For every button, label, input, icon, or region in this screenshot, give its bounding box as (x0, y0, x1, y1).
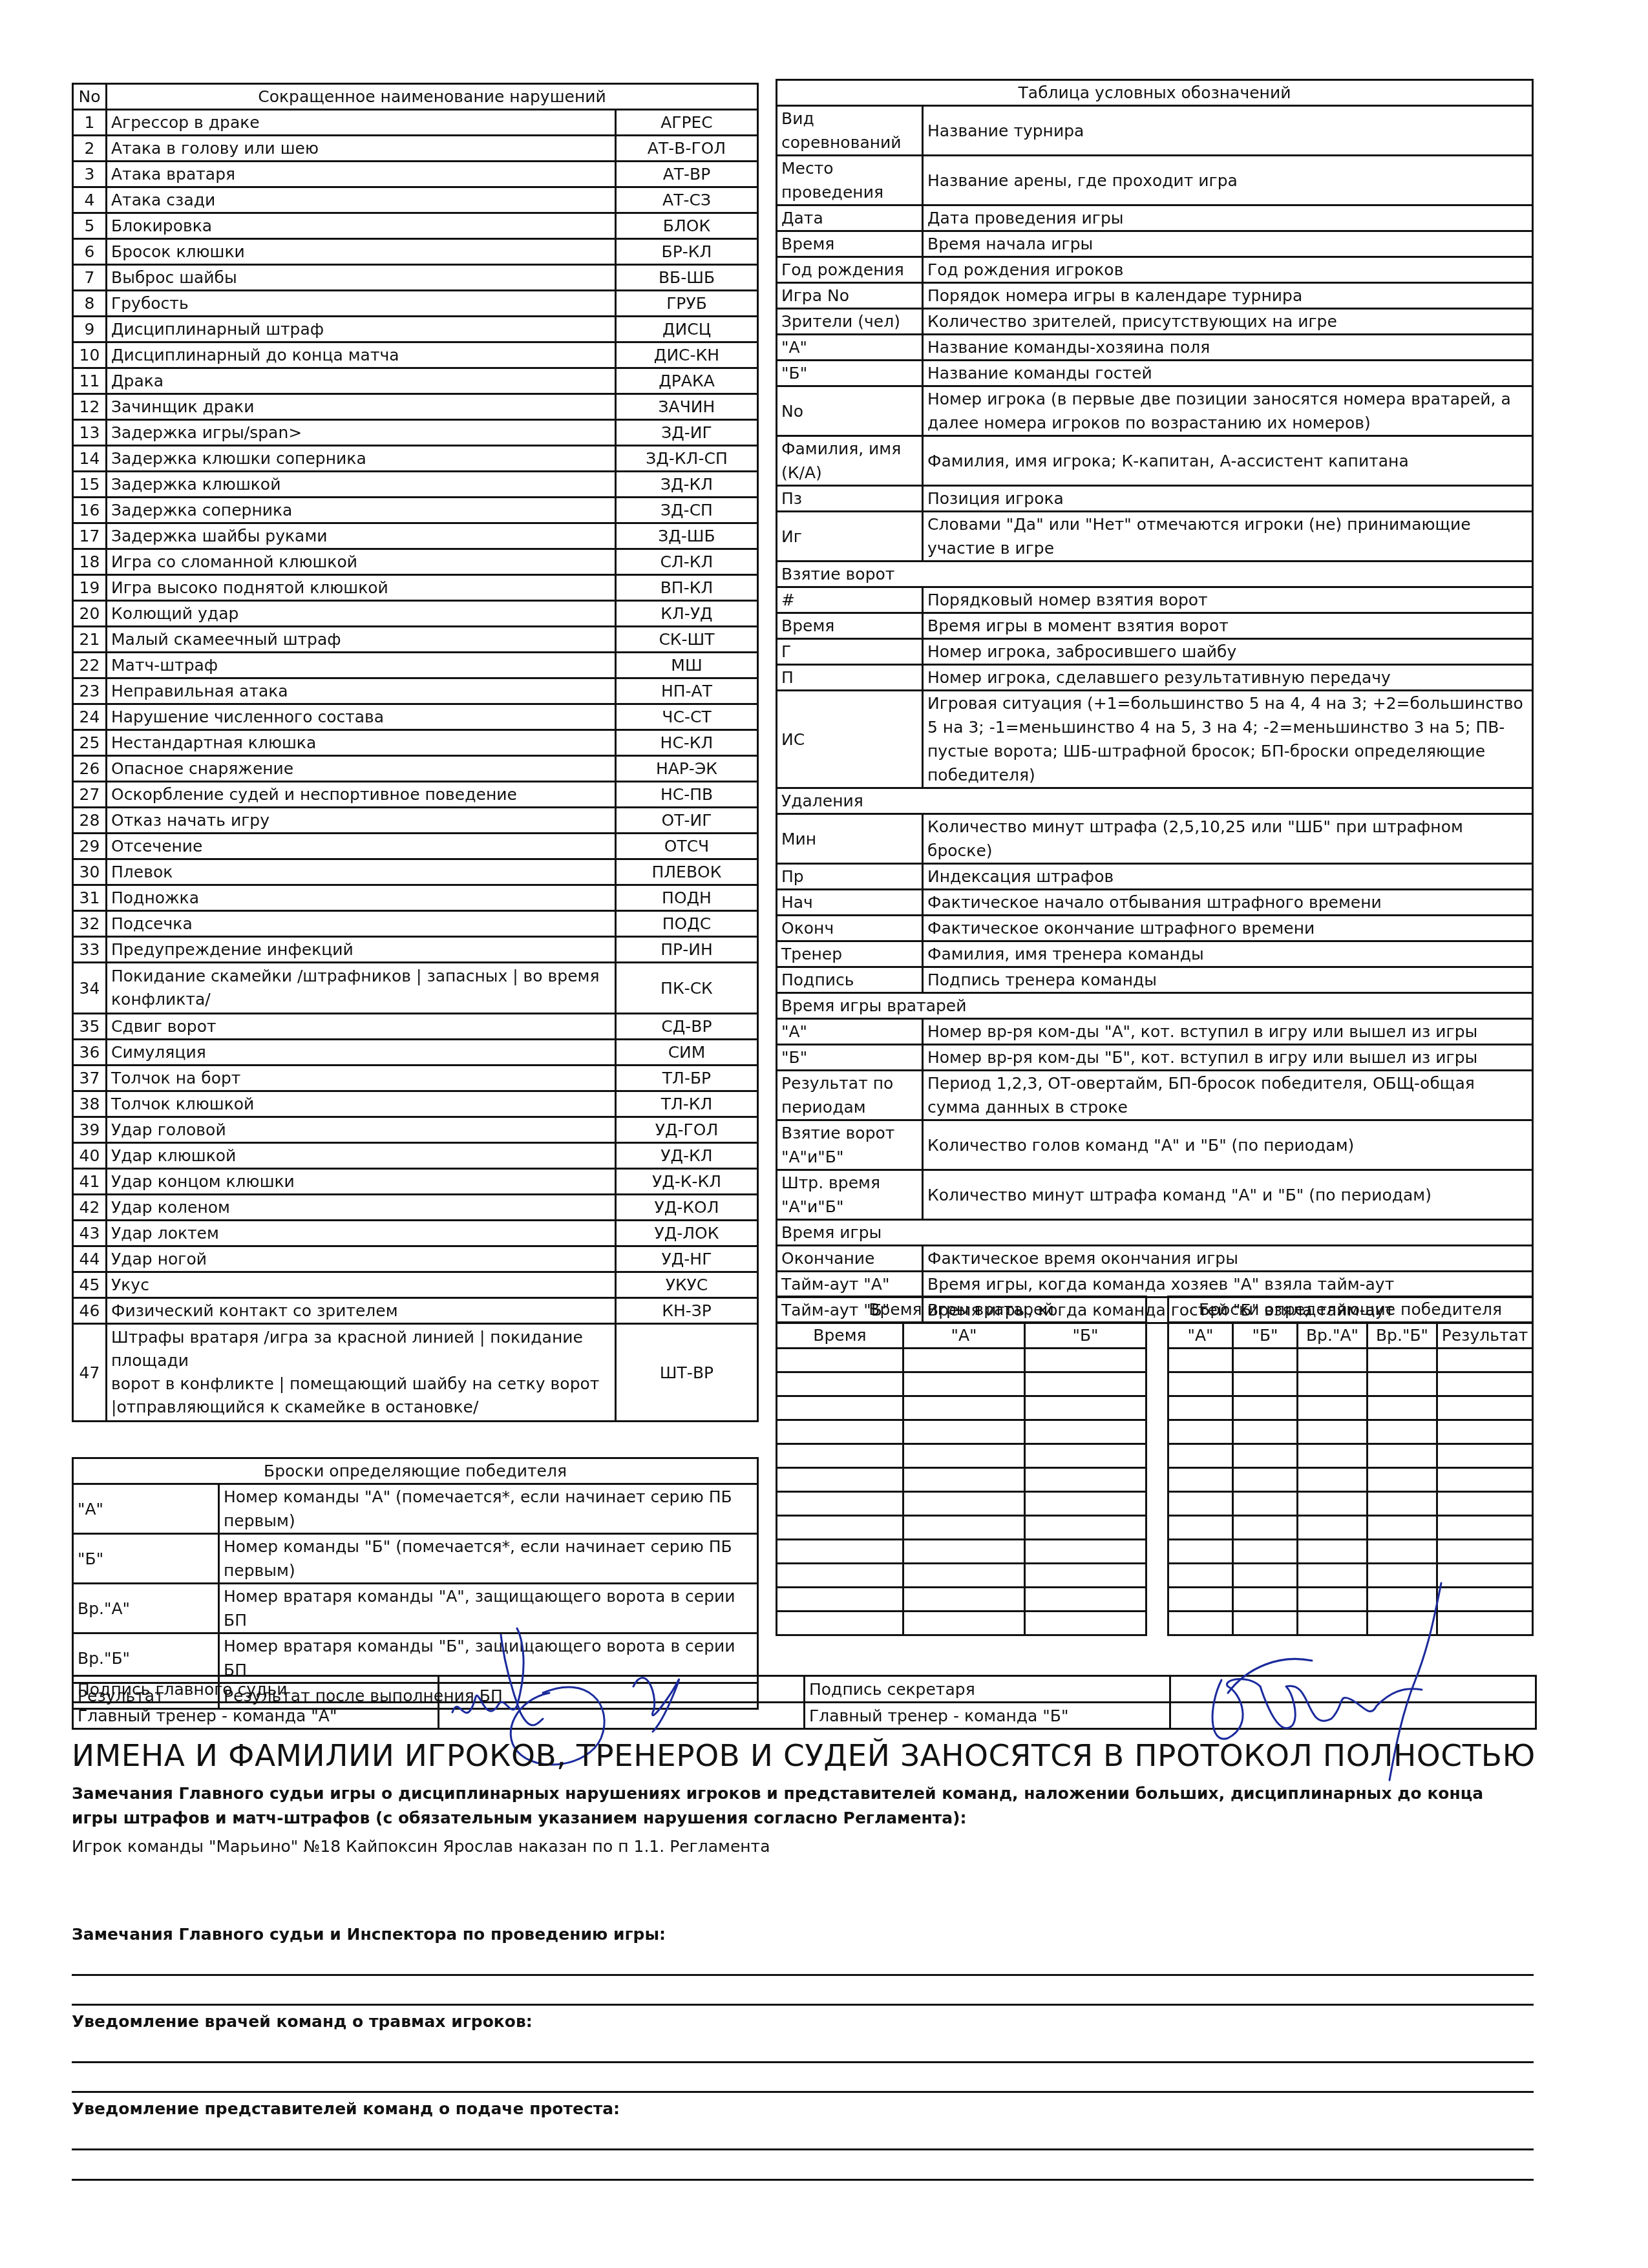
violation-number: 44 (73, 1246, 107, 1272)
discipline-remarks-text[interactable]: Игрок команды "Марьино" №18 Кайпоксин Яр… (72, 1837, 770, 1856)
violations-table-title: Сокращенное наименование нарушений (107, 84, 758, 110)
protest-line-1[interactable] (72, 2148, 1534, 2150)
inspector-remarks-line-2[interactable] (72, 2004, 1534, 2006)
injuries-line-1[interactable] (72, 2061, 1534, 2063)
violation-row: 40Удар клюшкойУД-КЛ (73, 1143, 758, 1169)
goalie-time-row (777, 1444, 1146, 1468)
shootout-cell[interactable] (1233, 1420, 1298, 1444)
shootout-cell[interactable] (1168, 1588, 1233, 1612)
violation-name: Агрессор в драке (107, 110, 616, 136)
violation-number: 14 (73, 446, 107, 472)
violation-number: 6 (73, 239, 107, 265)
violation-number: 5 (73, 213, 107, 239)
violation-name: Толчок клюшкой (107, 1091, 616, 1117)
legend-key: ИС (777, 691, 923, 788)
legend-row: Штр. время "А"и"Б"Количество минут штраф… (777, 1170, 1533, 1220)
shootout-column-header: Вр."А" (1298, 1323, 1368, 1349)
shootout-cell[interactable] (1368, 1444, 1437, 1468)
goalie-time-cell[interactable] (1025, 1564, 1146, 1588)
violation-row: 7Выброс шайбыВБ-ШБ (73, 265, 758, 291)
goalie-time-cell[interactable] (903, 1420, 1025, 1444)
violation-name: Игра высоко поднятой клюшкой (107, 575, 616, 601)
shootout-cell[interactable] (1298, 1396, 1368, 1420)
goalie-time-cell[interactable] (1025, 1516, 1146, 1540)
goalie-time-cell[interactable] (903, 1588, 1025, 1612)
legend-key: "А" (777, 335, 923, 361)
goalie-time-cell[interactable] (903, 1516, 1025, 1540)
violation-code: ЗАЧИН (615, 394, 757, 420)
legend-key: "А" (777, 1019, 923, 1045)
shootout-legend-key: "А" (73, 1484, 219, 1534)
violation-code: АТ-В-ГОЛ (615, 136, 757, 162)
goalie-time-cell[interactable] (1025, 1588, 1146, 1612)
violation-name-line: Штрафы вратаря /игра за красной линией |… (111, 1326, 611, 1349)
goalie-time-row (777, 1516, 1146, 1540)
violation-name: Выброс шайбы (107, 265, 616, 291)
shootout-column-header: Результат (1437, 1323, 1533, 1349)
shootout-cell[interactable] (1368, 1396, 1437, 1420)
violation-row: 1Агрессор в дракеАГРЕС (73, 110, 758, 136)
shootout-cell[interactable] (1168, 1516, 1233, 1540)
notice-heading: ИМЕНА И ФАМИЛИИ ИГРОКОВ, ТРЕНЕРОВ И СУДЕ… (72, 1738, 1536, 1774)
shootout-legend-title: Броски определяющие победителя (73, 1458, 758, 1484)
violation-code: НП-АТ (615, 678, 757, 704)
violation-number: 29 (73, 834, 107, 859)
legend-row: Результат по периодамПериод 1,2,3, ОТ-ов… (777, 1071, 1533, 1120)
violation-code: МШ (615, 653, 757, 678)
goalie-time-cell[interactable] (777, 1396, 903, 1420)
goalie-time-cell[interactable] (903, 1444, 1025, 1468)
violation-code: ЗД-ШБ (615, 523, 757, 549)
legend-row: "А"Название команды-хозяина поля (777, 335, 1533, 361)
injuries-line-2[interactable] (72, 2091, 1534, 2093)
goalie-time-cell[interactable] (777, 1372, 903, 1396)
violation-row: 47Штрафы вратаря /игра за красной линией… (73, 1324, 758, 1422)
legend-key: Результат по периодам (777, 1071, 923, 1120)
violations-table: No Сокращенное наименование нарушений 1А… (72, 83, 759, 1422)
shootout-cell[interactable] (1437, 1468, 1533, 1492)
shootout-cell[interactable] (1168, 1349, 1233, 1372)
legend-row: #Порядковый номер взятия ворот (777, 587, 1533, 613)
goalie-time-row (777, 1420, 1146, 1444)
shootout-cell[interactable] (1168, 1564, 1233, 1588)
legend-row: Год рожденияГод рождения игроков (777, 257, 1533, 283)
legend-row: Тайм-аут "А"Время игры, когда команда хо… (777, 1272, 1533, 1297)
legend-key: Вид соревнований (777, 106, 923, 156)
head-referee-signature-label: Подпись главного судьи (73, 1676, 439, 1703)
shootout-row (1168, 1372, 1533, 1396)
goalie-time-column-header: Время (777, 1323, 903, 1349)
violation-row: 6Бросок клюшкиБР-КЛ (73, 239, 758, 265)
goalie-time-row (777, 1492, 1146, 1516)
shootout-row (1168, 1588, 1533, 1612)
head-referee-signature-field[interactable] (439, 1676, 805, 1703)
legend-key: Мин (777, 814, 923, 864)
legend-row: ПНомер игрока, сделавшего результативную… (777, 665, 1533, 691)
goalie-time-cell[interactable] (777, 1468, 903, 1492)
violation-row: 27Оскорбление судей и неспортивное повед… (73, 782, 758, 808)
shootout-cell[interactable] (1298, 1349, 1368, 1372)
shootout-legend-value: Номер команды "Б" (помечается*, если нач… (219, 1534, 758, 1584)
legend-row: ДатаДата проведения игры (777, 205, 1533, 231)
legend-value: Название команды-хозяина поля (923, 335, 1533, 361)
shootout-cell[interactable] (1368, 1612, 1437, 1635)
shootout-cell[interactable] (1298, 1612, 1368, 1635)
shootout-cell[interactable] (1368, 1516, 1437, 1540)
inspector-remarks-line-1[interactable] (72, 1974, 1534, 1976)
violation-row: 9Дисциплинарный штрафДИСЦ (73, 317, 758, 342)
violation-number: 4 (73, 187, 107, 213)
legend-value: Количество минут штрафа команд "А" и "Б"… (923, 1170, 1533, 1220)
legend-row: ВремяВремя начала игры (777, 231, 1533, 257)
shootout-cell[interactable] (1437, 1588, 1533, 1612)
goalie-time-cell[interactable] (1025, 1396, 1146, 1420)
shootout-cell[interactable] (1233, 1492, 1298, 1516)
violation-name: Подсечка (107, 911, 616, 937)
shootout-row (1168, 1396, 1533, 1420)
shootout-cell[interactable] (1437, 1396, 1533, 1420)
legend-row: Игра NoПорядок номера игры в календаре т… (777, 283, 1533, 309)
violation-code: ЧС-СТ (615, 704, 757, 730)
violation-row: 36СимуляцияСИМ (73, 1040, 758, 1066)
shootout-cell[interactable] (1233, 1444, 1298, 1468)
violation-name: Дисциплинарный до конца матча (107, 342, 616, 368)
violation-code: ДРАКА (615, 368, 757, 394)
goalie-time-row (777, 1372, 1146, 1396)
violation-name: Удар клюшкой (107, 1143, 616, 1169)
goalie-time-cell[interactable] (777, 1612, 903, 1635)
violation-code: ПК-СК (615, 963, 757, 1014)
shootout-cell[interactable] (1233, 1564, 1298, 1588)
violation-name: Нарушение численного состава (107, 704, 616, 730)
violation-code: ДИСЦ (615, 317, 757, 342)
goalie-time-cell[interactable] (903, 1492, 1025, 1516)
goalie-time-cell[interactable] (777, 1420, 903, 1444)
shootout-cell[interactable] (1168, 1612, 1233, 1635)
violation-code: УД-КОЛ (615, 1195, 757, 1221)
violation-code: НС-ПВ (615, 782, 757, 808)
violation-code: ЗД-ИГ (615, 420, 757, 446)
signature-table: Подпись главного судьи Подпись секретаря… (72, 1675, 1537, 1730)
violation-number: 38 (73, 1091, 107, 1117)
shootout-cell[interactable] (1168, 1492, 1233, 1516)
legend-value: Количество минут штрафа (2,5,10,25 или "… (923, 814, 1533, 864)
legend-row: ИгСловами "Да" или "Нет" отмечаются игро… (777, 512, 1533, 562)
violation-name: Оскорбление судей и неспортивное поведен… (107, 782, 616, 808)
violation-row: 15Задержка клюшкойЗД-КЛ (73, 472, 758, 498)
violation-name: Грубость (107, 291, 616, 317)
violation-number: 11 (73, 368, 107, 394)
shootout-cell[interactable] (1298, 1492, 1368, 1516)
shootout-cell[interactable] (1233, 1540, 1298, 1564)
legend-key: Штр. время "А"и"Б" (777, 1170, 923, 1220)
legend-key: Оконч (777, 916, 923, 941)
secretary-signature-label: Подпись секретаря (805, 1676, 1170, 1703)
shootout-cell[interactable] (1437, 1516, 1533, 1540)
goalie-time-cell[interactable] (1025, 1420, 1146, 1444)
legend-row: ТренерФамилия, имя тренера команды (777, 941, 1533, 967)
legend-key: Время (777, 613, 923, 639)
violation-row: 45УкусУКУС (73, 1272, 758, 1298)
shootout-cell[interactable] (1437, 1564, 1533, 1588)
violation-code: АТ-ВР (615, 162, 757, 187)
coach-a-signature-field[interactable] (439, 1703, 805, 1729)
violation-name: Колющий удар (107, 601, 616, 627)
violation-number: 39 (73, 1117, 107, 1143)
goalie-time-cell[interactable] (1025, 1540, 1146, 1564)
violation-row: 38Толчок клюшкойТЛ-КЛ (73, 1091, 758, 1117)
violation-number: 25 (73, 730, 107, 756)
shootout-cell[interactable] (1298, 1444, 1368, 1468)
shootout-cell[interactable] (1168, 1420, 1233, 1444)
legend-section-row: Время игры (777, 1220, 1533, 1246)
shootout-row (1168, 1540, 1533, 1564)
shootout-cell[interactable] (1437, 1444, 1533, 1468)
goalie-time-cell[interactable] (903, 1349, 1025, 1372)
goalie-time-cell[interactable] (903, 1564, 1025, 1588)
legend-value: Название арены, где проходит игра (923, 156, 1533, 205)
violation-name: Атака сзади (107, 187, 616, 213)
shootout-cell[interactable] (1368, 1372, 1437, 1396)
violation-row: 43Удар локтемУД-ЛОК (73, 1221, 758, 1246)
legend-value: Название турнира (923, 106, 1533, 156)
shootout-cell[interactable] (1233, 1396, 1298, 1420)
goalie-time-cell[interactable] (903, 1540, 1025, 1564)
shootout-cell[interactable] (1168, 1540, 1233, 1564)
legend-key: Время (777, 231, 923, 257)
shootout-cell[interactable] (1368, 1492, 1437, 1516)
legend-value: Номер игрока, забросившего шайбу (923, 639, 1533, 665)
shootout-cell[interactable] (1298, 1540, 1368, 1564)
violation-code: НАР-ЭК (615, 756, 757, 782)
shootout-column-header: "А" (1168, 1323, 1233, 1349)
legend-section-row: Удаления (777, 788, 1533, 814)
shootout-row (1168, 1612, 1533, 1635)
legend-key: "Б" (777, 361, 923, 386)
violation-code: ПОДС (615, 911, 757, 937)
shootout-cell[interactable] (1437, 1372, 1533, 1396)
violation-code: ТЛ-БР (615, 1066, 757, 1091)
goalie-time-cell[interactable] (777, 1588, 903, 1612)
violation-row: 21Малый скамеечный штрафСК-ШТ (73, 627, 758, 653)
goalie-time-cell[interactable] (1025, 1612, 1146, 1635)
violation-number: 42 (73, 1195, 107, 1221)
violation-row: 13Задержка игры/span>ЗД-ИГ (73, 420, 758, 446)
violation-name: Задержка шайбы руками (107, 523, 616, 549)
goalie-time-cell[interactable] (903, 1612, 1025, 1635)
legend-section-title: Взятие ворот (777, 562, 1533, 587)
protest-line-2[interactable] (72, 2179, 1534, 2181)
violation-row: 17Задержка шайбы рукамиЗД-ШБ (73, 523, 758, 549)
violation-name-line: площади (111, 1349, 611, 1372)
shootout-cell[interactable] (1437, 1420, 1533, 1444)
violation-row: 23Неправильная атакаНП-АТ (73, 678, 758, 704)
legend-value: Номер игрока (в первые две позиции занос… (923, 386, 1533, 436)
violation-name: Удар локтем (107, 1221, 616, 1246)
violation-code: УД-К-КЛ (615, 1169, 757, 1195)
violation-code: БР-КЛ (615, 239, 757, 265)
violation-name: Драка (107, 368, 616, 394)
violation-number: 45 (73, 1272, 107, 1298)
shootout-cell[interactable] (1368, 1588, 1437, 1612)
goalie-time-row (777, 1468, 1146, 1492)
violation-number: 40 (73, 1143, 107, 1169)
shootout-title: Броски определяющие победителя (1168, 1297, 1533, 1323)
violation-name: Задержка игры/span> (107, 420, 616, 446)
shootout-cell[interactable] (1298, 1468, 1368, 1492)
goalie-time-cell[interactable] (1025, 1349, 1146, 1372)
violation-row: 24Нарушение численного составаЧС-СТ (73, 704, 758, 730)
legend-value: Время начала игры (923, 231, 1533, 257)
shootout-column-header: "Б" (1233, 1323, 1298, 1349)
violation-name: Неправильная атака (107, 678, 616, 704)
violation-name: Покидание скамейки /штрафников | запасны… (107, 963, 616, 1014)
goalie-time-cell[interactable] (777, 1540, 903, 1564)
goalie-time-cell[interactable] (1025, 1468, 1146, 1492)
shootout-cell[interactable] (1298, 1588, 1368, 1612)
violation-number: 19 (73, 575, 107, 601)
violation-number: 34 (73, 963, 107, 1014)
legend-key: Игра No (777, 283, 923, 309)
violation-row: 42Удар коленомУД-КОЛ (73, 1195, 758, 1221)
violation-code: НС-КЛ (615, 730, 757, 756)
violation-number: 26 (73, 756, 107, 782)
violation-number: 23 (73, 678, 107, 704)
violation-number: 10 (73, 342, 107, 368)
shootout-cell[interactable] (1437, 1540, 1533, 1564)
legend-value: Время игры, когда команда хозяев "А" взя… (923, 1272, 1533, 1297)
legend-section-title: Время игры (777, 1220, 1533, 1246)
shootout-cell[interactable] (1437, 1349, 1533, 1372)
violation-number: 41 (73, 1169, 107, 1195)
legend-row: Зрители (чел)Количество зрителей, присут… (777, 309, 1533, 335)
violation-number: 20 (73, 601, 107, 627)
goalie-time-title: Время игры вратарей (777, 1297, 1146, 1323)
legend-value: Фактическое начало отбывания штрафного в… (923, 890, 1533, 916)
column-header-no: No (73, 84, 107, 110)
shootout-cell[interactable] (1168, 1444, 1233, 1468)
shootout-cell[interactable] (1233, 1516, 1298, 1540)
violation-name: Укус (107, 1272, 616, 1298)
goalie-time-cell[interactable] (777, 1516, 903, 1540)
legend-row: ВремяВремя игры в момент взятия ворот (777, 613, 1533, 639)
legend-key: Год рождения (777, 257, 923, 283)
violation-number: 43 (73, 1221, 107, 1246)
violation-code: СЛ-КЛ (615, 549, 757, 575)
shootout-cell[interactable] (1233, 1612, 1298, 1635)
violation-number: 37 (73, 1066, 107, 1091)
violation-code: ШТ-ВР (615, 1324, 757, 1422)
violation-row: 2Атака в голову или шеюАТ-В-ГОЛ (73, 136, 758, 162)
coach-a-signature-label: Главный тренер - команда "А" (73, 1703, 439, 1729)
legend-row: ИСИгровая ситуация (+1=большинство 5 на … (777, 691, 1533, 788)
violation-row: 25Нестандартная клюшкаНС-КЛ (73, 730, 758, 756)
legend-section-title: Удаления (777, 788, 1533, 814)
shootout-cell[interactable] (1368, 1564, 1437, 1588)
shootout-cell[interactable] (1168, 1468, 1233, 1492)
violation-name: Штрафы вратаря /игра за красной линией |… (107, 1324, 616, 1422)
violation-row: 10Дисциплинарный до конца матчаДИС-КН (73, 342, 758, 368)
legend-value: Год рождения игроков (923, 257, 1533, 283)
legend-key: # (777, 587, 923, 613)
violation-name: Нестандартная клюшка (107, 730, 616, 756)
violation-code: ОТСЧ (615, 834, 757, 859)
shootout-cell[interactable] (1298, 1516, 1368, 1540)
violation-row: 33Предупреждение инфекцийПР-ИН (73, 937, 758, 963)
legend-key: П (777, 665, 923, 691)
legend-value: Количество голов команд "А" и "Б" (по пе… (923, 1120, 1533, 1170)
goalie-time-cell[interactable] (1025, 1492, 1146, 1516)
goalie-time-cell[interactable] (903, 1468, 1025, 1492)
shootout-cell[interactable] (1298, 1372, 1368, 1396)
legend-key: Дата (777, 205, 923, 231)
goalie-time-cell[interactable] (777, 1564, 903, 1588)
shootout-cell[interactable] (1168, 1396, 1233, 1420)
shootout-cell[interactable] (1368, 1420, 1437, 1444)
shootout-legend-value: Номер вратаря команды "А", защищающего в… (219, 1584, 758, 1633)
violation-number: 7 (73, 265, 107, 291)
violation-code: ДИС-КН (615, 342, 757, 368)
violation-code: УД-КЛ (615, 1143, 757, 1169)
goalie-time-cell[interactable] (1025, 1444, 1146, 1468)
legend-row: Вид соревнованийНазвание турнира (777, 106, 1533, 156)
secretary-signature-field[interactable] (1170, 1676, 1536, 1703)
shootout-cell[interactable] (1233, 1372, 1298, 1396)
violation-code: АТ-СЗ (615, 187, 757, 213)
shootout-cell[interactable] (1233, 1588, 1298, 1612)
violation-name: Отсечение (107, 834, 616, 859)
coach-b-signature-field[interactable] (1170, 1703, 1536, 1729)
violation-row: 20Колющий ударКЛ-УД (73, 601, 758, 627)
violation-number: 35 (73, 1014, 107, 1040)
violation-code: ЗД-КЛ-СП (615, 446, 757, 472)
legend-value: Индексация штрафов (923, 864, 1533, 890)
shootout-cell[interactable] (1298, 1564, 1368, 1588)
violation-number: 47 (73, 1324, 107, 1422)
violation-name: Атака вратаря (107, 162, 616, 187)
legend-row: "Б"Номер вр-ря ком-ды "Б", кот. вступил … (777, 1045, 1533, 1071)
legend-row: МинКоличество минут штрафа (2,5,10,25 ил… (777, 814, 1533, 864)
shootout-cell[interactable] (1437, 1612, 1533, 1635)
violation-number: 32 (73, 911, 107, 937)
injuries-title: Уведомление врачей команд о травмах игро… (72, 2010, 1532, 2034)
goalie-time-cell[interactable] (777, 1349, 903, 1372)
goalie-time-cell[interactable] (903, 1372, 1025, 1396)
goalie-time-cell[interactable] (777, 1492, 903, 1516)
goalie-time-cell[interactable] (777, 1444, 903, 1468)
goalie-time-cell[interactable] (1025, 1372, 1146, 1396)
violation-row: 46Физический контакт со зрителемКН-ЗР (73, 1298, 758, 1324)
shootout-cell[interactable] (1437, 1492, 1533, 1516)
violation-code: ВП-КЛ (615, 575, 757, 601)
legend-key: Зрители (чел) (777, 309, 923, 335)
shootout-cell[interactable] (1298, 1420, 1368, 1444)
legend-value: Период 1,2,3, ОТ-овертайм, БП-бросок поб… (923, 1071, 1533, 1120)
goalie-time-cell[interactable] (903, 1396, 1025, 1420)
goalie-time-row (777, 1564, 1146, 1588)
violation-name-line: |отправляющийся к скамейке в остановке/ (111, 1396, 611, 1419)
violation-name: Удар концом клюшки (107, 1169, 616, 1195)
shootout-cell[interactable] (1368, 1349, 1437, 1372)
discipline-remarks-title: Замечания Главного судьи игры о дисципли… (72, 1781, 1532, 1831)
shootout-cell[interactable] (1233, 1349, 1298, 1372)
shootout-cell[interactable] (1368, 1468, 1437, 1492)
violation-code: КЛ-УД (615, 601, 757, 627)
shootout-cell[interactable] (1233, 1468, 1298, 1492)
shootout-cell[interactable] (1368, 1540, 1437, 1564)
shootout-cell[interactable] (1168, 1372, 1233, 1396)
violation-name: Удар ногой (107, 1246, 616, 1272)
